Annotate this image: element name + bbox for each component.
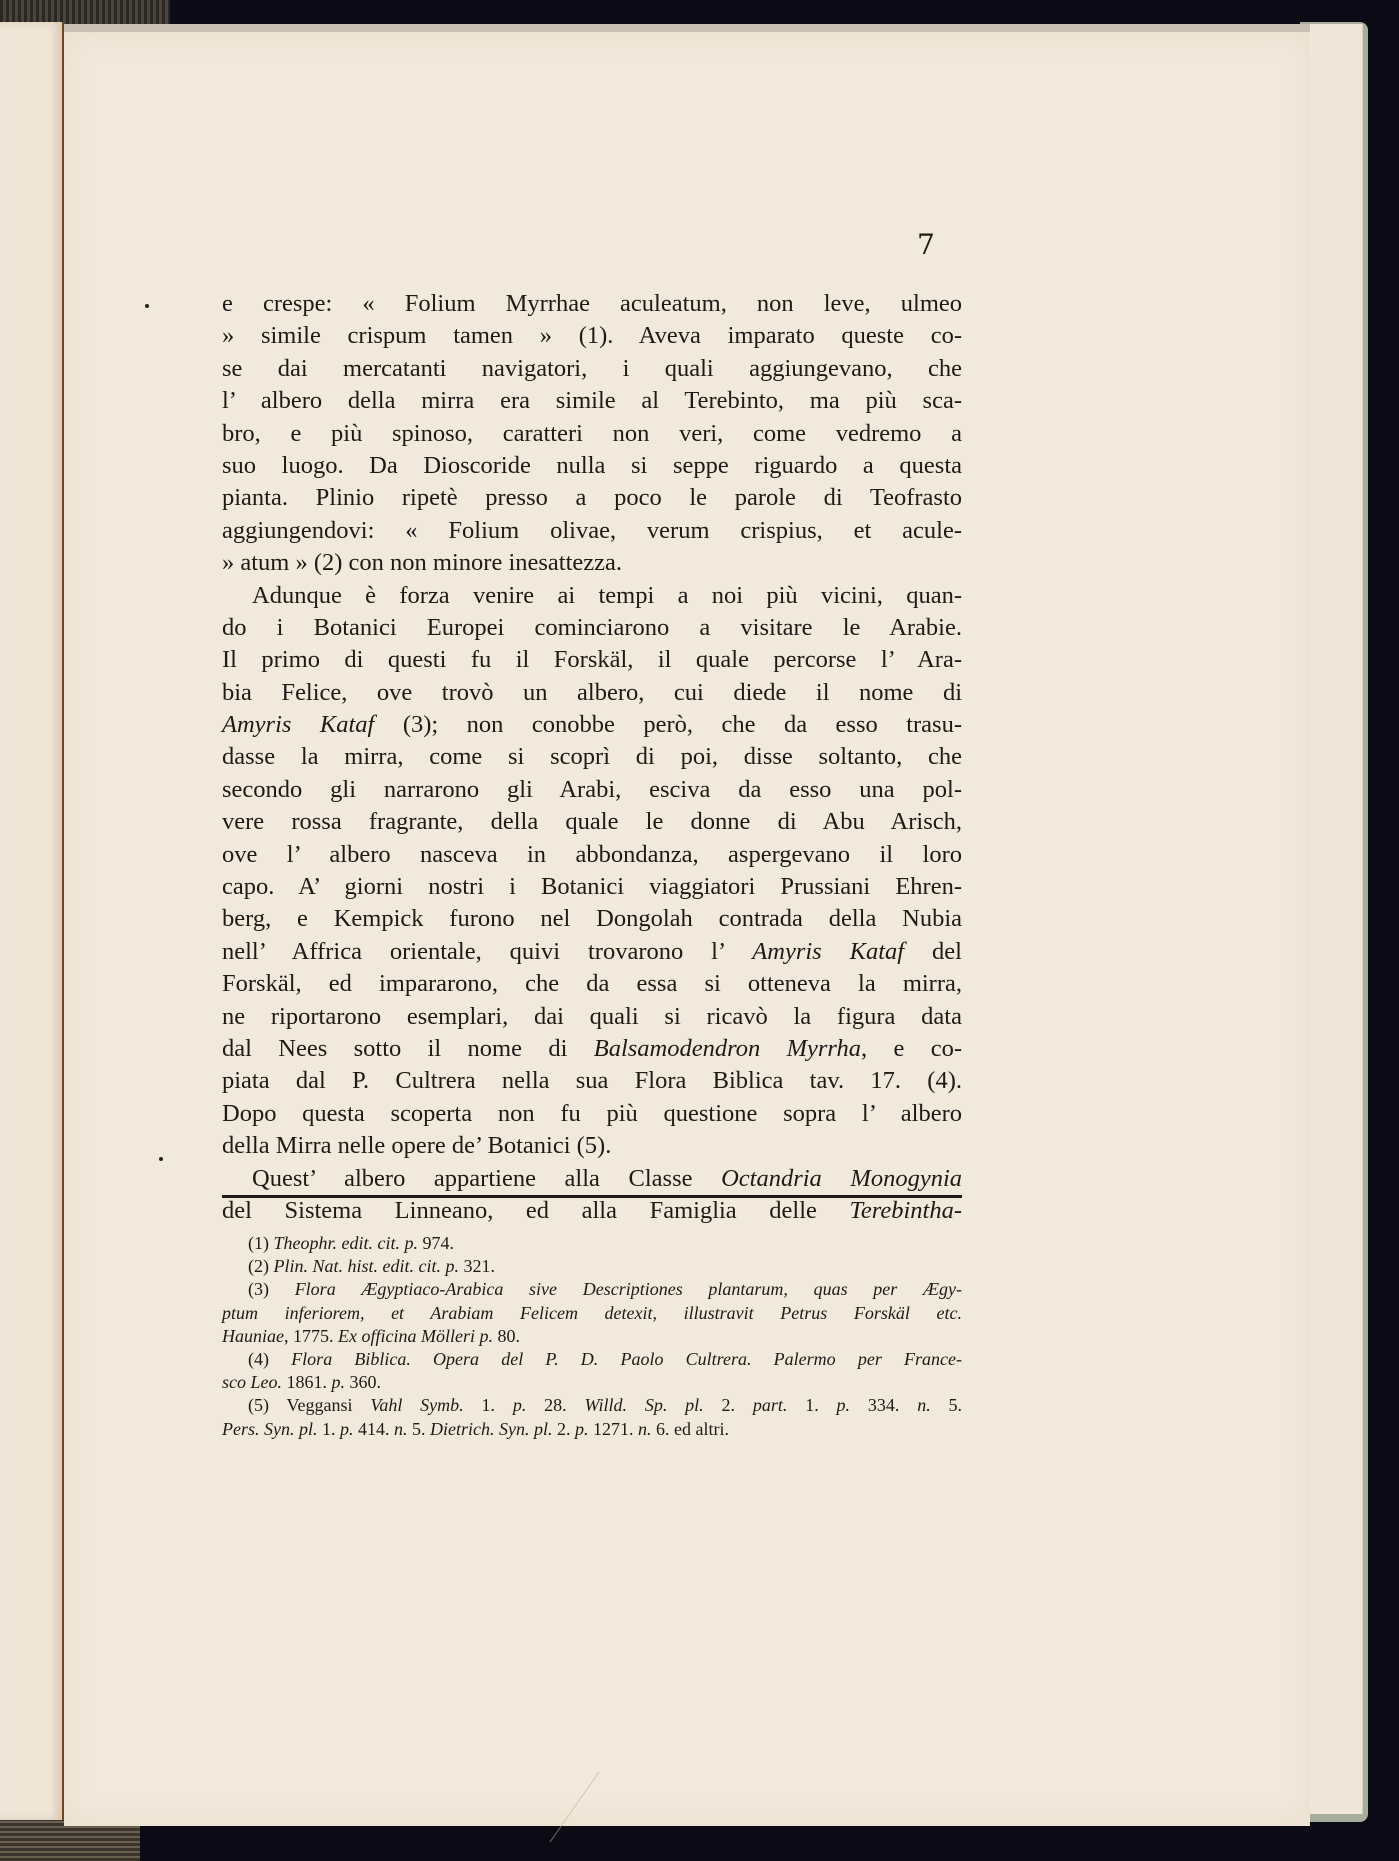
- body-line: berg, e Kempick furono nel Dongolah cont…: [222, 903, 962, 935]
- body-line: e crespe: « Folium Myrrhae aculeatum, no…: [222, 288, 962, 320]
- text: 360.: [345, 1372, 381, 1392]
- text: , 1775.: [284, 1326, 338, 1346]
- text: suo luogo. Da Dioscoride nulla si seppe …: [222, 452, 962, 479]
- text: dal Nees sotto il nome di: [222, 1035, 594, 1062]
- italic-text: Flora Biblica. Opera del P. D. Paolo Cul…: [291, 1349, 962, 1369]
- italic-text: part.: [753, 1395, 788, 1415]
- italic-text: Ex officina Mölleri p.: [338, 1326, 493, 1346]
- text: berg, e Kempick furono nel Dongolah cont…: [222, 905, 962, 932]
- body-line: do i Botanici Europei cominciarono a vis…: [222, 612, 962, 644]
- italic-text: p.: [340, 1419, 354, 1439]
- text: » atum » (2) con non minore inesattezza.: [222, 549, 622, 576]
- italic-text: Terebintha-: [849, 1197, 962, 1224]
- text: 6. ed altri.: [651, 1419, 728, 1439]
- italic-text: Pers. Syn. pl.: [222, 1419, 317, 1439]
- text: 1861.: [282, 1372, 332, 1392]
- italic-text: p.: [332, 1372, 346, 1392]
- text: 80.: [493, 1326, 520, 1346]
- body-line: ove l’ albero nasceva in abbondanza, asp…: [222, 839, 962, 871]
- footnote-line: (2) Plin. Nat. hist. edit. cit. p. 321.: [222, 1255, 962, 1278]
- footnote-line: (3) Flora Ægyptiaco-Arabica sive Descrip…: [222, 1278, 962, 1301]
- body-line: aggiungendovi: « Folium olivae, verum cr…: [222, 515, 962, 547]
- text: 321.: [459, 1256, 495, 1276]
- text: , e co-: [861, 1035, 962, 1062]
- text: 2.: [552, 1419, 575, 1439]
- text: (3); non conobbe però, che da esso trasu…: [374, 711, 962, 738]
- page-number: 7: [917, 228, 935, 261]
- text: pianta. Plinio ripetè presso a poco le p…: [222, 484, 962, 511]
- body-line: del Sistema Linneano, ed alla Famiglia d…: [222, 1195, 962, 1227]
- body-line: se dai mercatanti navigatori, i quali ag…: [222, 353, 962, 385]
- italic-text: Willd. Sp. pl.: [585, 1395, 704, 1415]
- footnote-line: Hauniae, 1775. Ex officina Mölleri p. 80…: [222, 1325, 962, 1348]
- italic-text: p.: [837, 1395, 851, 1415]
- body-line: suo luogo. Da Dioscoride nulla si seppe …: [222, 450, 962, 482]
- italic-text: Theophr. edit. cit. p.: [274, 1233, 419, 1253]
- body-line: dasse la mirra, come si scoprì di poi, d…: [222, 741, 962, 773]
- text: 1.: [787, 1395, 836, 1415]
- text: do i Botanici Europei cominciarono a vis…: [222, 614, 962, 641]
- body-line: della Mirra nelle opere de’ Botanici (5)…: [222, 1130, 962, 1162]
- body-line: dal Nees sotto il nome di Balsamodendron…: [222, 1033, 962, 1065]
- text: bro, e più spinoso, caratteri non veri, …: [222, 420, 962, 447]
- italic-text: Amyris Kataf: [222, 711, 374, 738]
- text: 414.: [353, 1419, 394, 1439]
- body-line: l’ albero della mirra era simile al Tere…: [222, 385, 962, 417]
- body-line: Il primo di questi fu il Forskäl, il qua…: [222, 644, 962, 676]
- body-line: bia Felice, ove trovò un albero, cui die…: [222, 677, 962, 709]
- facing-page-edge: [0, 22, 64, 1820]
- body-line: Adunque è forza venire ai tempi a noi pi…: [222, 580, 962, 612]
- book-binding-cloth-bottom: [0, 1820, 140, 1861]
- italic-text: Flora Ægyptiaco-Arabica sive Description…: [295, 1279, 962, 1299]
- footnotes-block: (1) Theophr. edit. cit. p. 974.(2) Plin.…: [222, 1232, 962, 1441]
- text: ne riportarono esemplari, dai quali si r…: [222, 1003, 962, 1030]
- text: (5) Veggansi: [248, 1395, 370, 1415]
- text: dasse la mirra, come si scoprì di poi, d…: [222, 743, 962, 770]
- footnote-separator-rule: [222, 1195, 962, 1198]
- text: Quest’ albero appartiene alla Classe: [252, 1165, 721, 1192]
- italic-text: Octandria Monogynia: [721, 1165, 962, 1192]
- footnote-line: ptum inferiorem, et Arabiam Felicem dete…: [222, 1302, 962, 1325]
- body-line: capo. A’ giorni nostri i Botanici viaggi…: [222, 871, 962, 903]
- body-line: Quest’ albero appartiene alla Classe Oct…: [222, 1163, 962, 1195]
- text: se dai mercatanti navigatori, i quali ag…: [222, 355, 962, 382]
- body-line: Dopo questa scoperta non fu più question…: [222, 1098, 962, 1130]
- text: 974.: [418, 1233, 454, 1253]
- italic-text: Vahl Symb.: [370, 1395, 463, 1415]
- footnote-line: (4) Flora Biblica. Opera del P. D. Paolo…: [222, 1348, 962, 1371]
- text: 334.: [850, 1395, 917, 1415]
- body-line: piata dal P. Cultrera nella sua Flora Bi…: [222, 1065, 962, 1097]
- body-line: » atum » (2) con non minore inesattezza.: [222, 547, 962, 579]
- italic-text: Plin. Nat. hist. edit. cit. p.: [274, 1256, 460, 1276]
- ink-speck: [159, 1157, 163, 1161]
- italic-text: sco Leo.: [222, 1372, 282, 1392]
- text: e crespe: « Folium Myrrhae aculeatum, no…: [222, 290, 962, 317]
- italic-text: n.: [394, 1419, 408, 1439]
- text: piata dal P. Cultrera nella sua Flora Bi…: [222, 1067, 962, 1094]
- text: 28.: [526, 1395, 584, 1415]
- body-line: pianta. Plinio ripetè presso a poco le p…: [222, 482, 962, 514]
- text: (1): [248, 1233, 274, 1253]
- text: del: [904, 938, 962, 965]
- text: vere rossa fragrante, della quale le don…: [222, 808, 962, 835]
- text: capo. A’ giorni nostri i Botanici viaggi…: [222, 873, 962, 900]
- text: Il primo di questi fu il Forskäl, il qua…: [222, 646, 962, 673]
- italic-text: Balsamodendron Myrrha: [594, 1035, 861, 1062]
- footnote-line: sco Leo. 1861. p. 360.: [222, 1371, 962, 1394]
- text: l’ albero della mirra era simile al Tere…: [222, 387, 962, 414]
- paper-crease: [549, 1772, 709, 1842]
- text: Dopo questa scoperta non fu più question…: [222, 1100, 962, 1127]
- italic-text: p.: [513, 1395, 527, 1415]
- footnote-line: Pers. Syn. pl. 1. p. 414. n. 5. Dietrich…: [222, 1418, 962, 1441]
- italic-text: Amyris Kataf: [752, 938, 904, 965]
- text: Adunque è forza venire ai tempi a noi pi…: [252, 582, 962, 609]
- text: aggiungendovi: « Folium olivae, verum cr…: [222, 517, 962, 544]
- italic-text: n.: [917, 1395, 931, 1415]
- book-page: 7 e crespe: « Folium Myrrhae aculeatum, …: [64, 24, 1310, 1826]
- text: Forskäl, ed impararono, che da essa si o…: [222, 970, 962, 997]
- text: secondo gli narrarono gli Arabi, esciva …: [222, 776, 962, 803]
- italic-text: n.: [638, 1419, 652, 1439]
- italic-text: Dietrich. Syn. pl.: [430, 1419, 552, 1439]
- text: 5.: [407, 1419, 430, 1439]
- book-binding-cloth-top: [0, 0, 170, 24]
- text: nell’ Affrica orientale, quivi trovarono…: [222, 938, 752, 965]
- body-line: » simile crispum tamen » (1). Aveva impa…: [222, 320, 962, 352]
- body-line: vere rossa fragrante, della quale le don…: [222, 806, 962, 838]
- footnote-line: (1) Theophr. edit. cit. p. 974.: [222, 1232, 962, 1255]
- italic-text: ptum inferiorem, et Arabiam Felicem dete…: [222, 1303, 962, 1323]
- ink-speck: [145, 304, 149, 308]
- text: ove l’ albero nasceva in abbondanza, asp…: [222, 841, 962, 868]
- text: 2.: [704, 1395, 753, 1415]
- footnote-line: (5) Veggansi Vahl Symb. 1. p. 28. Willd.…: [222, 1394, 962, 1417]
- text: » simile crispum tamen » (1). Aveva impa…: [222, 322, 962, 349]
- body-line: ne riportarono esemplari, dai quali si r…: [222, 1001, 962, 1033]
- text: 1.: [317, 1419, 340, 1439]
- text: 5.: [931, 1395, 962, 1415]
- text: del Sistema Linneano, ed alla Famiglia d…: [222, 1197, 849, 1224]
- text: bia Felice, ove trovò un albero, cui die…: [222, 679, 962, 706]
- text: (4): [248, 1349, 291, 1369]
- body-line: bro, e più spinoso, caratteri non veri, …: [222, 418, 962, 450]
- text: 1271.: [588, 1419, 638, 1439]
- body-line: secondo gli narrarono gli Arabi, esciva …: [222, 774, 962, 806]
- body-line: Forskäl, ed impararono, che da essa si o…: [222, 968, 962, 1000]
- main-text-block: e crespe: « Folium Myrrhae aculeatum, no…: [222, 288, 962, 1227]
- italic-text: Hauniae: [222, 1326, 284, 1346]
- text: (3): [248, 1279, 295, 1299]
- italic-text: p.: [575, 1419, 589, 1439]
- text: (2): [248, 1256, 274, 1276]
- body-line: Amyris Kataf (3); non conobbe però, che …: [222, 709, 962, 741]
- body-line: nell’ Affrica orientale, quivi trovarono…: [222, 936, 962, 968]
- text: della Mirra nelle opere de’ Botanici (5)…: [222, 1132, 611, 1159]
- text: 1.: [464, 1395, 513, 1415]
